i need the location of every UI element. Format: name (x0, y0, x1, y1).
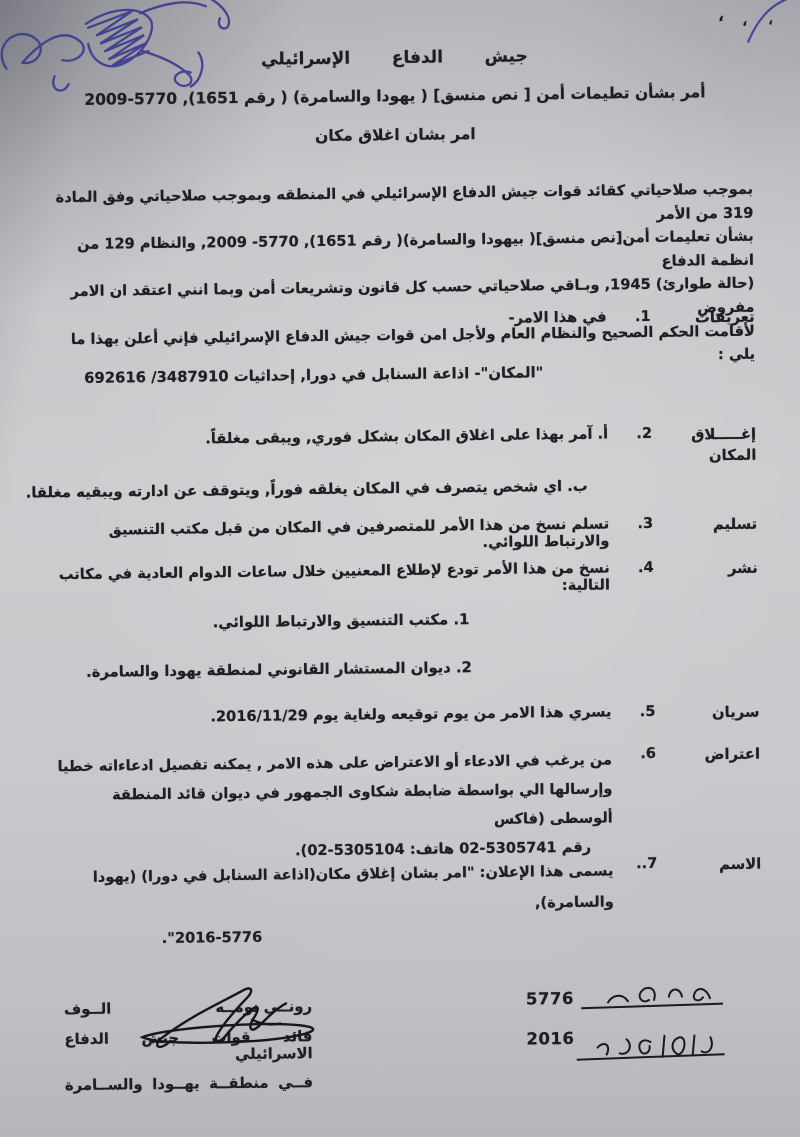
scanned-military-order-page: { "document": { "ink_colors": { "print":… (0, 0, 800, 1137)
reference-number-year-gregorian: 2016 (526, 1029, 574, 1049)
section-number: 3. (609, 515, 657, 533)
section-number: 7.. (613, 855, 661, 873)
section-number: 2. (608, 425, 656, 443)
order-name-line-1: يسمى هذا الإعلان: "امر بشان إغلاق مكان(ا… (49, 855, 614, 924)
blue-ink-scribble-top-left (0, 0, 253, 111)
section-text: أ. آمر بهذا على اغلاق المكان بشكل فوري, … (44, 425, 608, 449)
section-number: 5. (611, 703, 659, 721)
section-text: من يرغب في الادعاء أو الاعتراض على هذه ا… (48, 745, 613, 868)
order-subject-title: امر بشان اغلاق مكان (0, 121, 795, 149)
objection-line-2: وإرسالها الي بواسطة ضابطة شكاوى الجمهور … (48, 774, 613, 839)
section-label: تسليم (657, 514, 757, 536)
handwritten-note-2 (582, 1029, 722, 1061)
order-name-line-2: ‎2016-5776‎". (50, 917, 614, 955)
section-label: نشر (658, 558, 758, 580)
signer-title-line-2: فــي منطقــة يهــودا والســامرة (65, 1074, 313, 1094)
section-text: يسري هذا الامر من يوم توقيعه ولغاية يوم … (47, 703, 611, 727)
section-text: يسمى هذا الإعلان: "امر بشان إغلاق مكان(ا… (49, 855, 614, 955)
section-label: تعريفات (655, 307, 755, 329)
section-text: نسخ من هذا الأمر تودع لإطلاع المعنيين خل… (46, 559, 610, 600)
section-number: 1. (607, 308, 655, 326)
signer-rank: الــوف (64, 1001, 111, 1019)
ink-mark-comma-1: ، (718, 6, 724, 25)
section-objection: اعتراض 6. من يرغب في الادعاء أو الاعتراض… (48, 744, 761, 869)
section-label: سريان (659, 702, 759, 724)
publication-office-item-2: 2. ديوان المستشار القانوني لمنطقة يهودا … (86, 659, 472, 681)
section-label: الاسم (661, 854, 761, 876)
section-text: تسلم نسخ من هذا الأمر للمتصرفين في المكا… (45, 515, 609, 556)
publication-office-item-1: 1. مكتب التنسيق والارتباط اللوائي. (213, 611, 470, 631)
closure-clause-b: ب. اي شخص يتصرف في المكان يغلقه فوراً, و… (26, 478, 588, 502)
section-validity: سريان 5. يسري هذا الامر من يوم توقيعه ول… (47, 702, 759, 732)
preamble-paragraph: بموجب صلاحياتي كقائد قوات جيش الدفاع الإ… (41, 178, 755, 375)
section-label: إغـــــلاق المكان (656, 424, 757, 467)
ink-mark-comma-2: ، (742, 14, 748, 30)
section-number: 4. (610, 559, 658, 577)
section-delivery: تسليم 3. تسلم نسخ من هذا الأمر للمتصرفين… (45, 514, 757, 557)
section-closure: إغـــــلاق المكان 2. أ. آمر بهذا على اغل… (44, 424, 756, 475)
reference-number-year-hebrew: 5776 (526, 989, 574, 1009)
ink-mark-comma-3: ، (768, 13, 773, 28)
document-sheet: جيش الدفاع الإسرائيلي أمر بشأن تطيمات أم… (0, 0, 800, 1137)
handwritten-note-1 (594, 978, 720, 1008)
section-publication: نشر 4. نسخ من هذا الأمر تودع لإطلاع المع… (46, 558, 758, 601)
commander-signature-ink (134, 979, 325, 1069)
section-name: الاسم 7.. يسمى هذا الإعلان: "امر بشان إغ… (49, 854, 762, 956)
section-label: اعتراض (660, 744, 760, 766)
section-number: 6. (612, 745, 660, 763)
